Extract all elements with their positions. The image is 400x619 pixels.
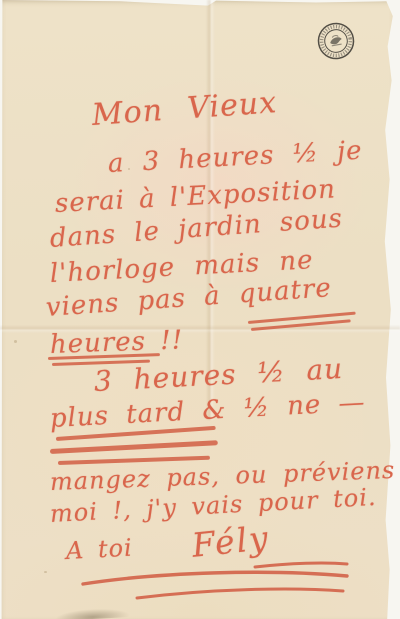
- age-speck: [14, 340, 17, 343]
- library-stamp-icon: [312, 17, 361, 66]
- stamp-graphic: [312, 17, 361, 66]
- age-speck: [44, 571, 47, 573]
- signature: Fély: [190, 518, 271, 565]
- letter-photo: Mon Vieux a 3 heures ½ je serai à l'Expo…: [0, 0, 400, 619]
- letter-closing: A toi: [65, 534, 133, 565]
